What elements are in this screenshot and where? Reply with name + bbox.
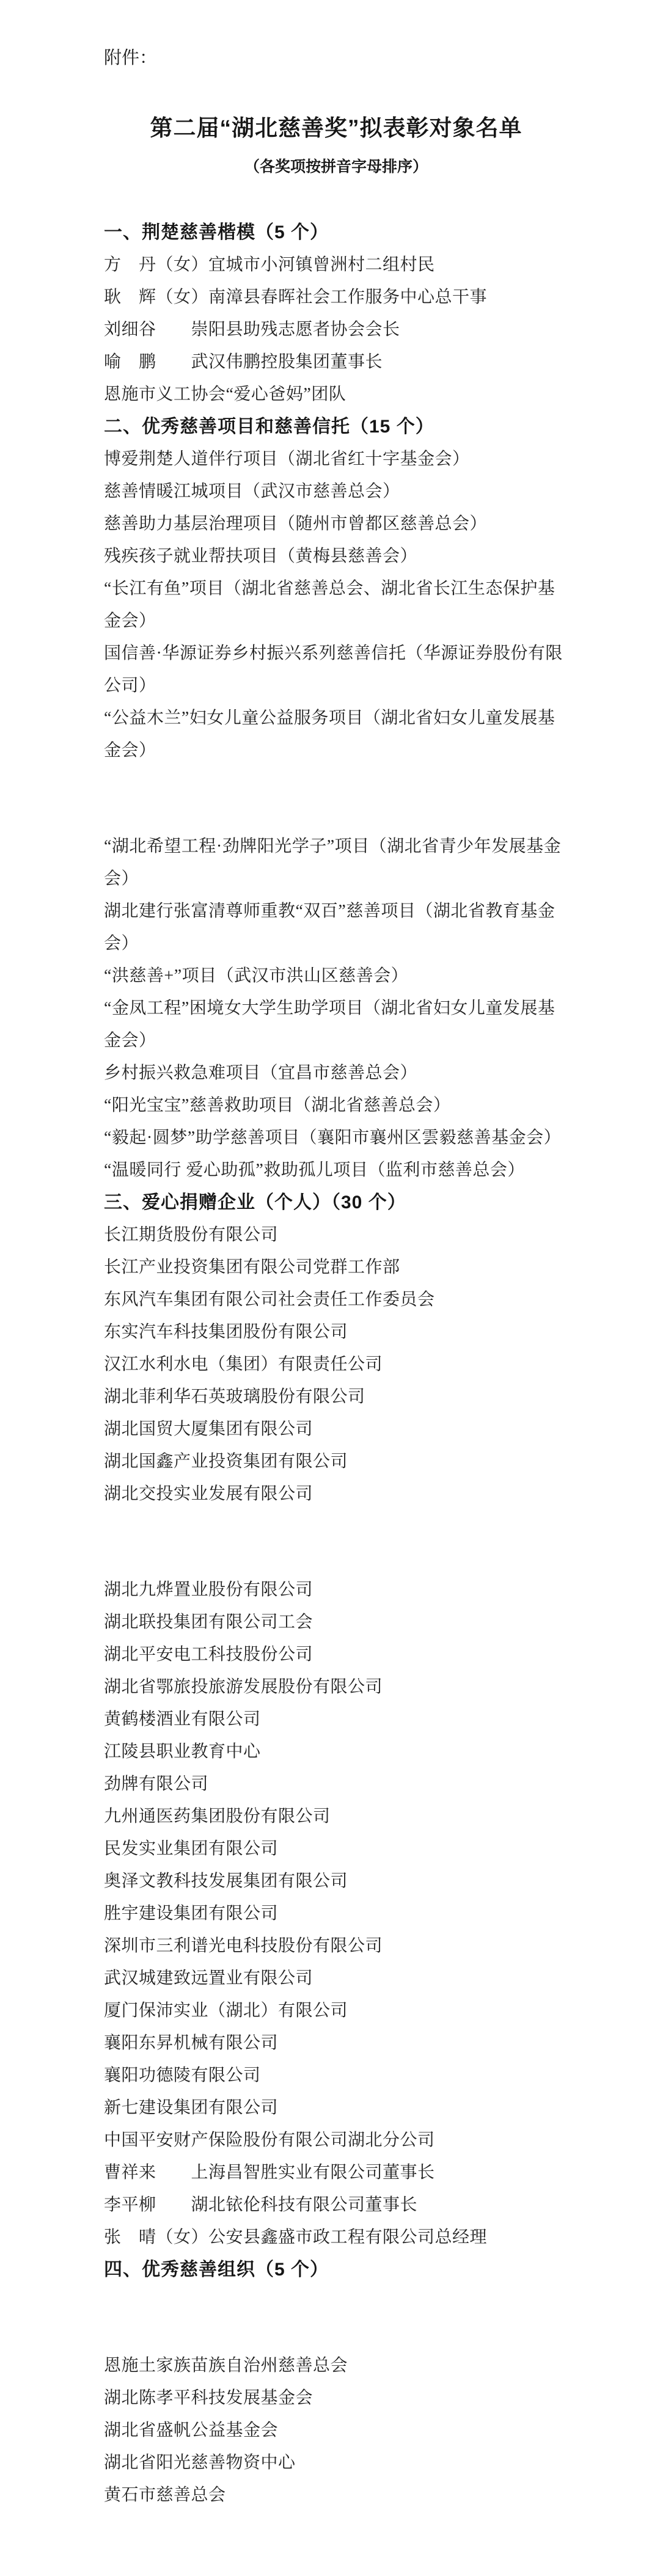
section-items: 方 丹（女）宜城市小河镇曾洲村二组村民耿 辉（女）南漳县春晖社会工作服务中心总干…: [104, 249, 568, 410]
list-item: 恩施土家族苗族自治州慈善总会: [104, 2349, 568, 2382]
list-item: 中国平安财产保险股份有限公司湖北分公司: [104, 2124, 568, 2156]
attachment-label: 附件：: [104, 48, 568, 68]
section-items: 博爱荆楚人道伴行项目（湖北省红十字基金会）慈善情暖江城项目（武汉市慈善总会）慈善…: [104, 443, 568, 1186]
list-item: “温暖同行 爱心助孤”救助孤儿项目（监利市慈善总会）: [104, 1154, 568, 1186]
list-item: 汉江水利水电（集团）有限责任公司: [104, 1348, 568, 1381]
list-item: 湖北联投集团有限公司工会: [104, 1606, 568, 1638]
list-item: 湖北建行张富清尊师重教“双百”慈善项目（湖北省教育基金会）: [104, 895, 568, 960]
list-item: 湖北菲利华石英玻璃股份有限公司: [104, 1381, 568, 1413]
list-item: 长江产业投资集团有限公司党群工作部: [104, 1251, 568, 1283]
section-heading: 二、优秀慈善项目和慈善信托（15 个）: [104, 410, 568, 443]
list-item: 厦门保沛实业（湖北）有限公司: [104, 1994, 568, 2027]
list-item: “公益木兰”妇女儿童公益服务项目（湖北省妇女儿童发展基金会）: [104, 702, 568, 767]
section-items: 长江期货股份有限公司长江产业投资集团有限公司党群工作部东风汽车集团有限公司社会责…: [104, 1219, 568, 2253]
section-heading: 三、爱心捐赠企业（个人）（30 个）: [104, 1186, 568, 1219]
list-item: 民发实业集团有限公司: [104, 1833, 568, 1865]
list-item: 湖北国贸大厦集团有限公司: [104, 1413, 568, 1445]
list-item: 慈善助力基层治理项目（随州市曾都区慈善总会）: [104, 508, 568, 540]
document-page: 附件： 第二届“湖北慈善奖”拟表彰对象名单 （各奖项按拼音字母排序） 一、荆楚慈…: [0, 0, 660, 2576]
list-item: 博爱荆楚人道伴行项目（湖北省红十字基金会）: [104, 443, 568, 475]
list-item: 刘细谷 崇阳县助残志愿者协会会长: [104, 313, 568, 346]
list-item: 劲牌有限公司: [104, 1768, 568, 1800]
list-item: 黄石市慈善总会: [104, 2479, 568, 2511]
section-heading: 一、荆楚慈善楷模（5 个）: [104, 216, 568, 249]
section: 二、优秀慈善项目和慈善信托（15 个） 博爱荆楚人道伴行项目（湖北省红十字基金会…: [104, 410, 568, 1186]
document-subtitle: （各奖项按拼音字母排序）: [104, 158, 568, 176]
list-item: 襄阳功德陵有限公司: [104, 2059, 568, 2092]
list-item: 东风汽车集团有限公司社会责任工作委员会: [104, 1283, 568, 1316]
list-item: “阳光宝宝”慈善救助项目（湖北省慈善总会）: [104, 1089, 568, 1122]
list-item: 乡村振兴救急难项目（宜昌市慈善总会）: [104, 1057, 568, 1089]
list-item: 长江期货股份有限公司: [104, 1219, 568, 1251]
section: 一、荆楚慈善楷模（5 个） 方 丹（女）宜城市小河镇曾洲村二组村民耿 辉（女）南…: [104, 216, 568, 410]
section-items: 恩施土家族苗族自治州慈善总会湖北陈孝平科技发展基金会湖北省盛帆公益基金会湖北省阳…: [104, 2349, 568, 2511]
list-item: 残疾孩子就业帮扶项目（黄梅县慈善会）: [104, 540, 568, 572]
section-heading: 四、优秀慈善组织（5 个）: [104, 2253, 568, 2286]
list-item: 湖北陈孝平科技发展基金会: [104, 2382, 568, 2414]
list-item: 方 丹（女）宜城市小河镇曾洲村二组村民: [104, 249, 568, 281]
list-item: 胜宇建设集团有限公司: [104, 1897, 568, 1930]
list-item: 喻 鹏 武汉伟鹏控股集团董事长: [104, 346, 568, 378]
list-item: 慈善情暖江城项目（武汉市慈善总会）: [104, 475, 568, 508]
list-item: 耿 辉（女）南漳县春晖社会工作服务中心总干事: [104, 281, 568, 313]
list-item: 湖北九烨置业股份有限公司: [104, 1574, 568, 1606]
list-item: 新七建设集团有限公司: [104, 2092, 568, 2124]
list-item: “金凤工程”困境女大学生助学项目（湖北省妇女儿童发展基金会）: [104, 992, 568, 1057]
list-item: 国信善·华源证券乡村振兴系列慈善信托（华源证券股份有限公司）: [104, 637, 568, 702]
list-item: 奥泽文教科技发展集团有限公司: [104, 1865, 568, 1897]
list-item: 恩施市义工协会“爱心爸妈”团队: [104, 378, 568, 410]
list-item: 襄阳东昇机械有限公司: [104, 2027, 568, 2059]
list-item: 张 晴（女）公安县鑫盛市政工程有限公司总经理: [104, 2221, 568, 2253]
list-item: 九州通医药集团股份有限公司: [104, 1800, 568, 1833]
list-item: 武汉城建致远置业有限公司: [104, 1962, 568, 1994]
list-item: 李平柳 湖北铱伦科技有限公司董事长: [104, 2189, 568, 2221]
sections-container: 一、荆楚慈善楷模（5 个） 方 丹（女）宜城市小河镇曾洲村二组村民耿 辉（女）南…: [104, 216, 568, 2511]
list-item: 湖北省鄂旅投旅游发展股份有限公司: [104, 1671, 568, 1703]
list-item: 东实汽车科技集团股份有限公司: [104, 1316, 568, 1348]
list-item: 江陵县职业教育中心: [104, 1735, 568, 1768]
list-item: 湖北交投实业发展有限公司: [104, 1478, 568, 1510]
list-item: 湖北省盛帆公益基金会: [104, 2414, 568, 2446]
list-item: “长江有鱼”项目（湖北省慈善总会、湖北省长江生态保护基金会）: [104, 572, 568, 637]
section: 四、优秀慈善组织（5 个） 恩施土家族苗族自治州慈善总会湖北陈孝平科技发展基金会…: [104, 2253, 568, 2511]
list-item: 湖北平安电工科技股份公司: [104, 1638, 568, 1671]
list-item: 湖北省阳光慈善物资中心: [104, 2446, 568, 2479]
list-item: 曹祥来 上海昌智胜实业有限公司董事长: [104, 2156, 568, 2189]
list-item: 黄鹤楼酒业有限公司: [104, 1703, 568, 1735]
list-item: 深圳市三利谱光电科技股份有限公司: [104, 1930, 568, 1962]
list-item: “湖北希望工程·劲牌阳光学子”项目（湖北省青少年发展基金会）: [104, 830, 568, 895]
section: 三、爱心捐赠企业（个人）（30 个） 长江期货股份有限公司长江产业投资集团有限公…: [104, 1186, 568, 2253]
list-item: “毅起·圆梦”助学慈善项目（襄阳市襄州区雲毅慈善基金会）: [104, 1122, 568, 1154]
list-item: “洪慈善+”项目（武汉市洪山区慈善会）: [104, 960, 568, 992]
document-title: 第二届“湖北慈善奖”拟表彰对象名单: [104, 115, 568, 142]
list-item: 湖北国鑫产业投资集团有限公司: [104, 1445, 568, 1478]
